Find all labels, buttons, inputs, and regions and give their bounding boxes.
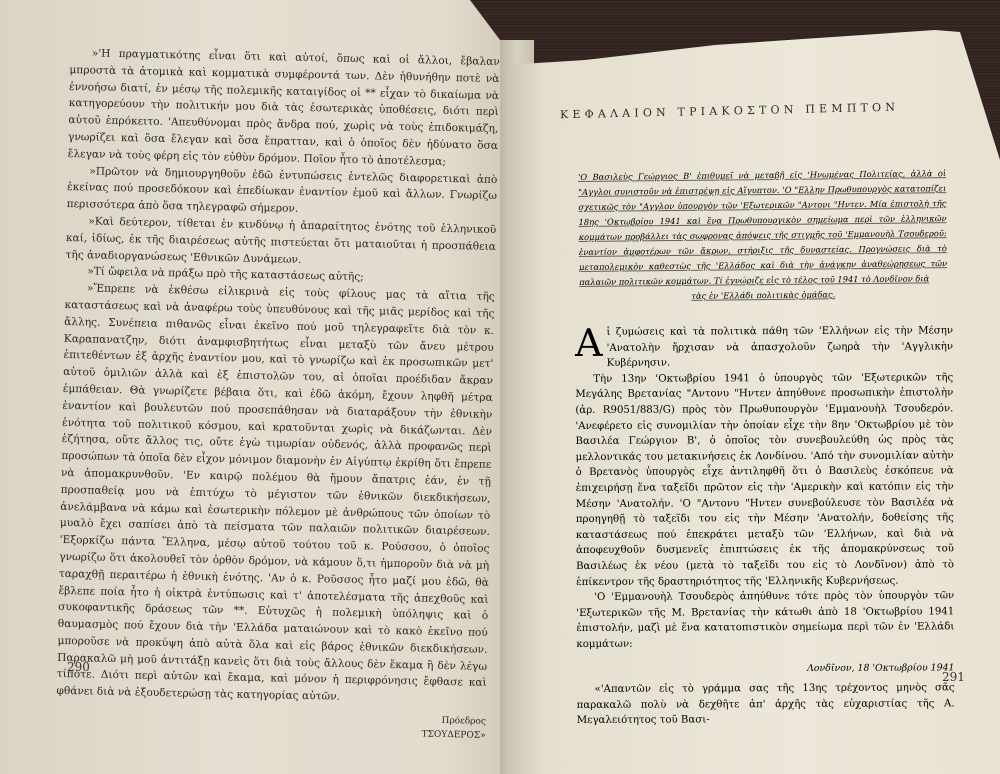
left-page: »'Η πραγματικότης εἶναι ὅτι καὶ αὐτοί, ὅ… — [0, 0, 520, 774]
right-page-body: Α ἱ ζυμώσεις καὶ τὰ πολιτικὰ πάθη τῶν 'Ε… — [575, 323, 955, 728]
paragraph: »Ἔπρεπε νὰ ἐκθέσω εἰλικρινὰ εἰς τοὺς φίλ… — [56, 280, 495, 709]
summary-last-line: τὰς ἐν 'Ελλάδι πολιτικὰς ὁμάδας. — [691, 289, 835, 301]
summary-text: 'Ο Βασιλεὺς Γεώργιος Β' ἐπιθυμεῖ νὰ μετα… — [578, 168, 947, 287]
paragraph-text: ἱ ζυμώσεις καὶ τὰ πολιτικὰ πάθη τῶν 'Ελλ… — [606, 325, 953, 369]
signature: Πρόεδρος ΤΣΟΥΔΕΡΟΣ» — [56, 706, 486, 743]
letter-dateline: Λονδῖνον, 18 'Οκτωβρίου 1941 — [576, 661, 954, 678]
opening-paragraph: Α ἱ ζυμώσεις καὶ τὰ πολιτικὰ πάθη τῶν 'Ε… — [575, 323, 953, 371]
paragraph: »Πρῶτον νὰ δημιουργηθοῦν ἐδῶ ἐντυπώσεις … — [66, 163, 497, 222]
page-number-left: 290 — [67, 660, 90, 674]
page-number-right: 291 — [942, 670, 965, 684]
paragraph: »Καὶ δεύτερον, τίθεται ἐν κινδύνῳ ἡ ἀπαρ… — [65, 213, 496, 272]
paragraph: »'Η πραγματικότης εἶναι ὅτι καὶ αὐτοί, ὅ… — [68, 45, 500, 172]
chapter-summary: 'Ο Βασιλεὺς Γεώργιος Β' ἐπιθυμεῖ νὰ μετα… — [578, 166, 947, 305]
left-page-body: »'Η πραγματικότης εἶναι ὅτι καὶ αὐτοί, ὅ… — [56, 45, 500, 743]
paragraph: Τὴν 13ην 'Οκτωβρίου 1941 ὁ ὑπουργὸς τῶν … — [575, 370, 954, 590]
letter-paragraph: «'Απαντῶν εἰς τὸ γράμμα σας τῆς 13ης τρέ… — [577, 680, 955, 728]
paragraph: 'Ο 'Εμμανουὴλ Τσουδερὸς ἀπηύθυνε τότε πρ… — [576, 588, 954, 652]
drop-cap: Α — [575, 327, 603, 359]
